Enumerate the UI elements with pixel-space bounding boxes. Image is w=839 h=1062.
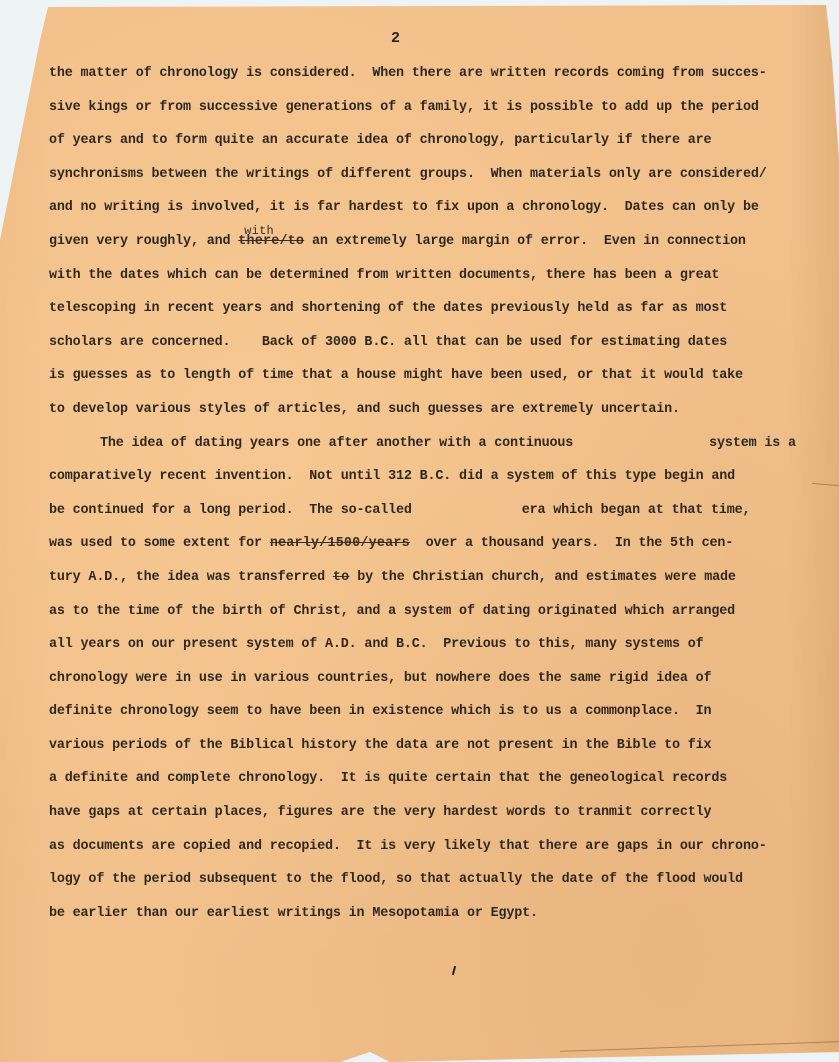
- text-line-with-correction: given very roughly, and withthere/to an …: [49, 232, 829, 266]
- text-line: logy of the period subsequent to the flo…: [49, 870, 829, 904]
- text-line: and no writing is involved, it is far ha…: [49, 198, 829, 232]
- struck-out-text: to: [333, 570, 349, 585]
- struck-out-text: withthere/to: [238, 234, 304, 249]
- line-text: an extremely large margin of error. Even…: [304, 234, 746, 249]
- text-line: chronology were in use in various countr…: [49, 669, 829, 703]
- text-line: sive kings or from successive generation…: [49, 98, 829, 132]
- page-number: 2: [391, 30, 400, 47]
- text-line: the matter of chronology is considered. …: [49, 64, 829, 98]
- text-line: as documents are copied and recopied. It…: [49, 837, 829, 871]
- text-line: comparatively recent invention. Not unti…: [49, 467, 829, 501]
- text-line: various periods of the Biblical history …: [49, 736, 829, 770]
- line-text: given very roughly, and: [49, 234, 230, 249]
- text-line: synchronisms between the writings of dif…: [49, 165, 829, 199]
- text-line: to develop various styles of articles, a…: [49, 400, 829, 434]
- text-line: as to the time of the birth of Christ, a…: [49, 602, 829, 636]
- text-line: telescoping in recent years and shorteni…: [49, 299, 829, 333]
- text-line-with-correction: was used to some extent for nearly/1500/…: [49, 534, 829, 568]
- text-line: all years on our present system of A.D. …: [49, 635, 829, 669]
- interlinear-insertion: with: [244, 221, 274, 241]
- text-line-with-correction: tury A.D., the idea was transferred to b…: [49, 568, 829, 602]
- text-line: definite chronology seem to have been in…: [49, 702, 829, 736]
- text-line: with the dates which can be determined f…: [49, 266, 829, 300]
- text-line: be earlier than our earliest writings in…: [49, 904, 829, 938]
- scanned-page: 2 the matter of chronology is considered…: [0, 0, 839, 1062]
- typewritten-body: the matter of chronology is considered. …: [49, 64, 829, 937]
- text-line: a definite and complete chronology. It i…: [49, 769, 829, 803]
- struck-out-text: nearly/1500/years: [270, 536, 410, 551]
- text-line: have gaps at certain places, figures are…: [49, 803, 829, 837]
- text-line-with-gap: The idea of dating years one after anoth…: [49, 434, 829, 468]
- text-line: of years and to form quite an accurate i…: [49, 131, 829, 165]
- text-line-with-gap: be continued for a long period. The so-c…: [49, 501, 829, 535]
- text-line: scholars are concerned. Back of 3000 B.C…: [49, 333, 829, 367]
- text-line: is guesses as to length of time that a h…: [49, 366, 829, 400]
